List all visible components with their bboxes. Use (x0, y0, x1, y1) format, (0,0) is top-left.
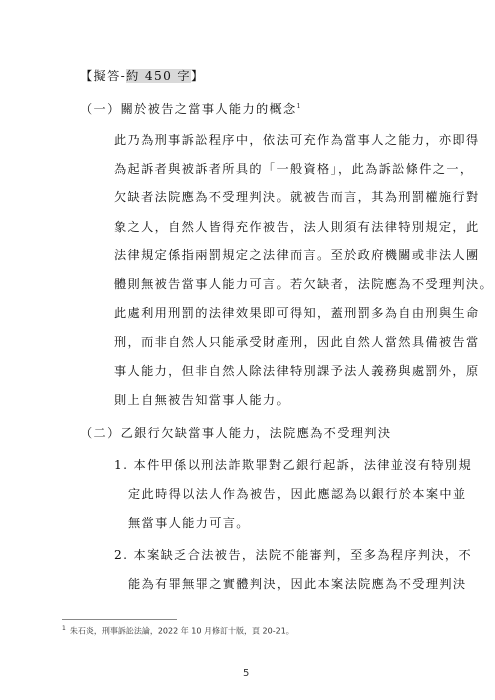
paragraph-line: 法律規定係指兩罰規定之法律而言。至於政府機關或非法人團 (114, 246, 480, 263)
section-2-title: （二）乙銀行欠缺當事人能力，法院應為不受理判決 (80, 424, 391, 441)
list-item-1-line: 無當事人能力可言。 (128, 514, 250, 531)
paragraph-line: 則上自無被告知當事人能力。 (114, 391, 290, 408)
list-item-1-line: 1. 本件甲係以刑法詐欺罪對乙銀行起訴，法律並沒有特別規 (114, 456, 472, 473)
paragraph-line: 象之人，自然人皆得充作被告，法人則須有法律特別規定，此 (114, 218, 480, 235)
paragraph-line: 此處利用刑罰的法律效果即可得知，蓋刑罰多為自由刑與生命 (114, 304, 480, 321)
footnote-ref: 1 (297, 103, 301, 110)
section-1-title: （一）關於被告之當事人能力的概念1 (80, 100, 300, 117)
paragraph-line: 事人能力，但非自然人除法律特別課予法人義務與處罰外，原 (114, 362, 480, 379)
paragraph-line: 刑，而非自然人只能承受財產刑，因此自然人當然具備被告當 (114, 333, 480, 350)
footnote-divider (62, 619, 177, 620)
page-number: 5 (243, 668, 249, 679)
list-item-1-line: 定此時得以法人作為被告，因此應認為以銀行於本案中並 (128, 485, 466, 502)
answer-heading: 【擬答-約 450 字】 (80, 67, 204, 84)
footnote-text: 朱石炎，刑事訴訟法論，2022 年 10 月修訂十版，頁 20-21。 (70, 627, 294, 636)
heading-word-count: 約 450 字 (126, 69, 191, 83)
footnote-number: 1 (62, 625, 66, 632)
paragraph-line: 此乃為刑事訴訟程序中，依法可充作為當事人之能力，亦即得 (114, 131, 480, 148)
list-item-2-line: 2. 本案缺乏合法被告，法院不能審判，至多為程序判決，不 (114, 546, 472, 563)
paragraph-line: 欠缺者法院應為不受理判決。就被告而言，其為刑罰權施行對 (114, 188, 480, 205)
heading-suffix: 】 (191, 69, 205, 83)
heading-prefix: 【擬答- (80, 69, 126, 83)
paragraph-line: 為起訴者與被訴者所具的「一般資格」，此為訴訟條件之一， (114, 160, 473, 177)
list-item-2-line: 能為有罪無罪之實體判決，因此本案法院應為不受理判決 (128, 575, 466, 592)
paragraph-line: 體則無被告當事人能力可言。若欠缺者，法院應為不受理判決。 (114, 275, 493, 292)
footnote: 1朱石炎，刑事訴訟法論，2022 年 10 月修訂十版，頁 20-21。 (62, 625, 294, 637)
